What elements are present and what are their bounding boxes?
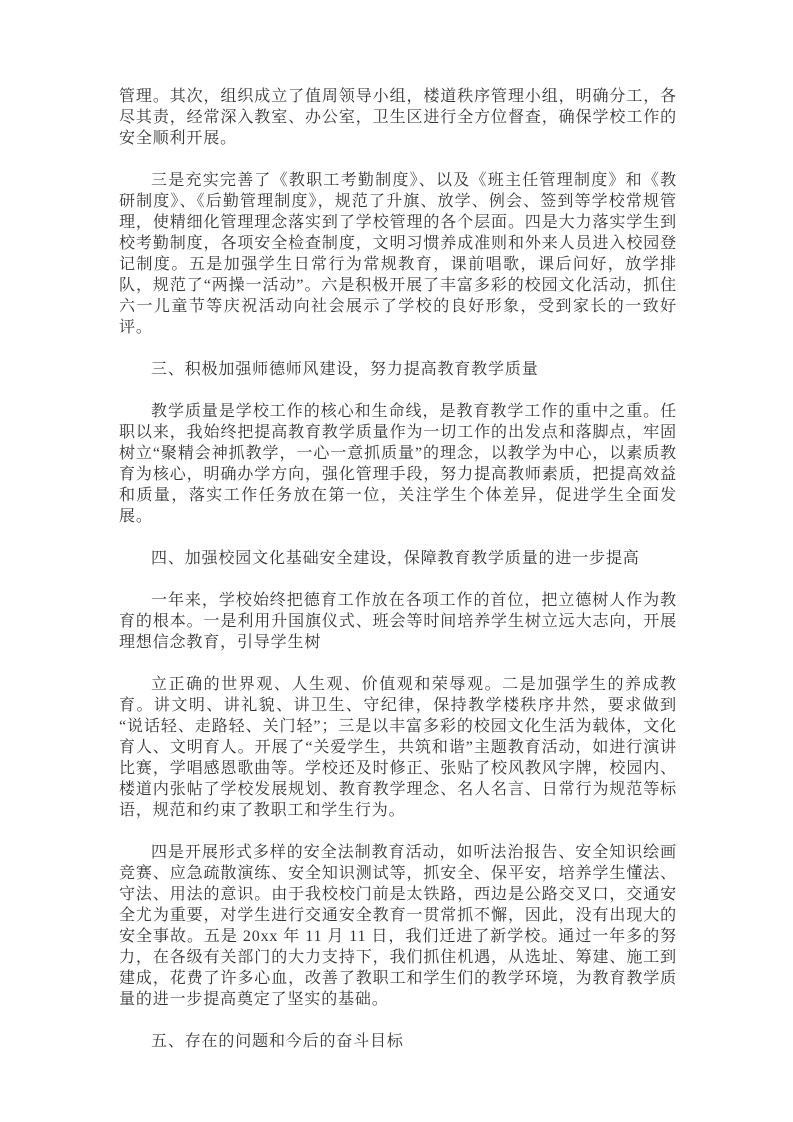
- section-heading-4: 四、加强校园文化基础安全建设，保障教育教学质量的进一步提高: [119, 548, 677, 569]
- section-heading-3: 三、积极加强师德师风建设，努力提高教育教学质量: [119, 359, 677, 380]
- paragraph-continuation: 管理。其次，组织成立了值周领导小组，楼道秩序管理小组，明确分工，各尽其责，经常深…: [119, 86, 677, 149]
- document-body: 管理。其次，组织成立了值周领导小组，楼道秩序管理小组，明确分工，各尽其责，经常深…: [119, 86, 677, 1073]
- paragraph: 四是开展形式多样的安全法制教育活动，如听法治报告、安全知识绘画竞赛、应急疏散演练…: [119, 842, 677, 1010]
- paragraph: 教学质量是学校工作的核心和生命线，是教育教学工作的重中之重。任职以来，我始终把提…: [119, 401, 677, 527]
- paragraph: 三是充实完善了《教职工考勤制度》、以及《班主任管理制度》和《教研制度》、《后勤管…: [119, 170, 677, 338]
- document-page: 管理。其次，组织成立了值周领导小组，楼道秩序管理小组，明确分工，各尽其责，经常深…: [0, 0, 793, 1122]
- section-heading-5: 五、存在的问题和今后的奋斗目标: [119, 1031, 677, 1052]
- paragraph: 一年来，学校始终把德育工作放在各项工作的首位，把立德树人作为教育的根本。一是利用…: [119, 590, 677, 653]
- paragraph: 立正确的世界观、人生观、价值观和荣辱观。二是加强学生的养成教育。讲文明、讲礼貌、…: [119, 674, 677, 821]
